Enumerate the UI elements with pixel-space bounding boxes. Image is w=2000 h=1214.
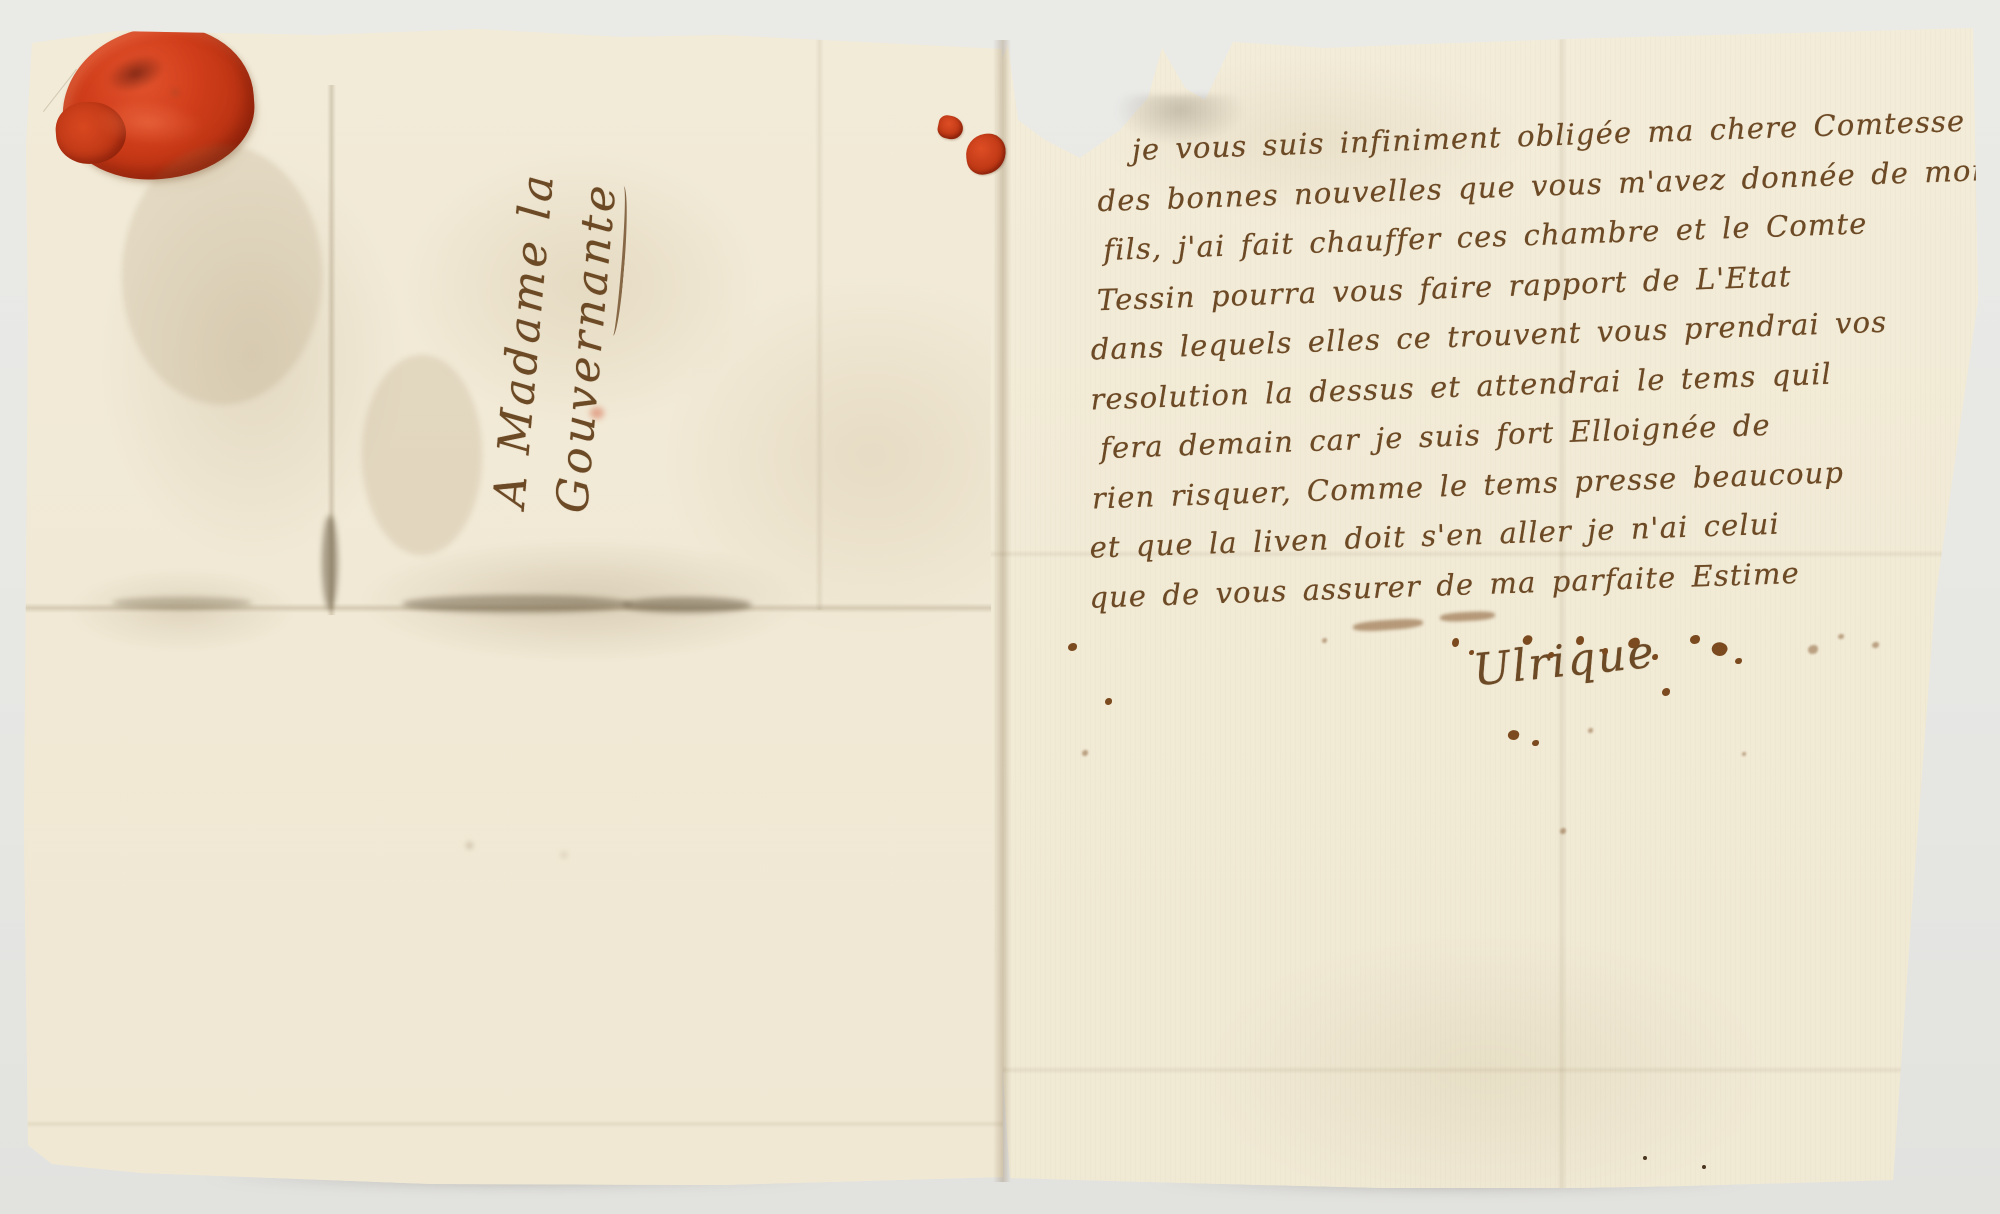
ink-speck: [1507, 729, 1520, 742]
ink-speck: [1532, 740, 1539, 746]
letter-text-block: je vous suis infiniment obligée ma chere…: [1073, 98, 1950, 623]
ink-speck: [1930, 711, 1935, 717]
address-block: A Madame la Gouvernante: [478, 168, 632, 515]
torn-notch-shadow: [1115, 95, 1245, 145]
vertical-fold-crease: [815, 25, 824, 610]
ink-speck: [1742, 752, 1746, 756]
ink-speck: [1872, 642, 1879, 648]
ink-speck: [1710, 639, 1730, 659]
fold-smudge: [622, 597, 752, 613]
stain: [122, 145, 322, 405]
letter-cover-page: A Madame la Gouvernante: [22, 25, 1007, 1188]
center-fold-seam: [993, 40, 1011, 1182]
pin-hole: [1702, 1165, 1706, 1169]
ink-speck: [1452, 638, 1459, 647]
letter-photograph: A Madame la Gouvernante je vous suis inf…: [0, 0, 2000, 1214]
fold-smudge: [402, 595, 632, 613]
stain: [362, 355, 482, 555]
fold-smudge: [112, 597, 252, 609]
signature: Ulrique: [1471, 627, 1658, 697]
ink-speck: [1560, 828, 1566, 834]
paper-speck: [172, 90, 178, 95]
ink-speck: [1588, 728, 1593, 733]
ink-speck: [1105, 698, 1112, 705]
ink-speck: [1082, 750, 1088, 756]
fold-smudge: [322, 515, 338, 610]
ink-speck: [1690, 635, 1700, 644]
ink-speck: [1652, 654, 1658, 660]
paper-speck: [562, 853, 566, 857]
horizontal-fold-crease: [22, 1120, 1007, 1128]
ink-speck: [1808, 645, 1818, 654]
horizontal-fold-crease: [985, 1066, 1980, 1074]
ink-speck: [1322, 638, 1327, 643]
ink-smear: [1440, 611, 1495, 623]
pin-hole: [1643, 1156, 1647, 1160]
wax-seal-impression: [102, 48, 170, 100]
letter-text-page: je vous suis infiniment obligée ma chere…: [985, 20, 1980, 1188]
paper-speck: [467, 843, 472, 848]
ink-speck: [1735, 658, 1742, 664]
ink-smear: [1353, 618, 1424, 633]
ink-speck: [1068, 643, 1077, 651]
ink-speck: [1838, 634, 1844, 639]
ink-speck: [1662, 688, 1670, 696]
